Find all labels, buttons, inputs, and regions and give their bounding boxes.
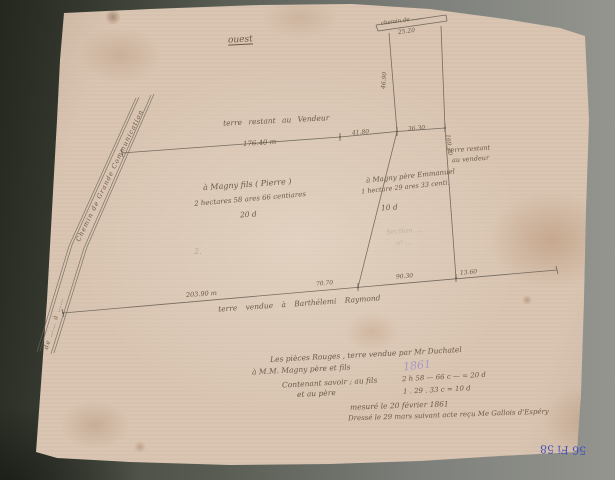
archive-reference-stamp: 56 Fi 58 xyxy=(540,443,586,456)
south-segment-a: 70.70 xyxy=(316,280,334,287)
legend-line4-label: et au père xyxy=(297,389,336,399)
road-line-outer-east xyxy=(54,94,154,353)
strip-east-edge xyxy=(441,26,445,128)
north-segment-b: 36.30 xyxy=(408,125,426,132)
measure-ticks xyxy=(62,124,558,317)
south-segment-b: 90.30 xyxy=(396,273,414,280)
parcel-west-value: 20 d xyxy=(240,211,257,219)
legend-year-pencil: 1861 xyxy=(403,359,432,373)
parcel-east-pencil-number: n° … xyxy=(396,239,412,247)
top-chemin-west-cap xyxy=(376,25,378,31)
orientation-label: ouest xyxy=(228,35,253,45)
parcel-east-value: 10 d xyxy=(381,204,398,212)
parcel-west-pencil-mark: 2. xyxy=(194,248,202,256)
north-segment-a: 41.80 xyxy=(352,129,370,136)
strip-west-edge xyxy=(389,33,397,132)
top-chemin-east-cap xyxy=(446,15,447,21)
south-segment-c: 13.60 xyxy=(460,269,478,276)
photographed-survey-plan: ouest Chemin de Grande Communication de … xyxy=(0,0,615,480)
